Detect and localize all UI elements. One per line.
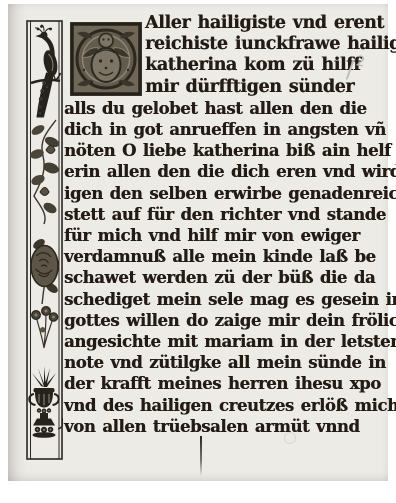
text-line: alls du gelobet hast allen den die xyxy=(64,98,388,119)
text-line: der krafft meines herren ihesu xpo xyxy=(64,373,388,394)
ink-flourish xyxy=(200,436,202,476)
text-line: für mich vnd hilf mir von ewiger xyxy=(64,225,388,246)
text-line: reichiste iunckfrawe hailige xyxy=(145,34,388,55)
stain-mark xyxy=(284,432,296,444)
text-line: gottes willen do zaige mir dein frölich xyxy=(64,310,388,331)
text-line: verdamnuß alle mein kinde laß be xyxy=(64,246,388,267)
rose-branch-icon xyxy=(29,120,61,224)
text-line: Aller hailigiste vnd erent xyxy=(145,13,388,34)
manuscript-page: Aller hailigiste vnd erentreichiste iunc… xyxy=(8,4,388,481)
text-block: Aller hailigiste vnd erentreichiste iunc… xyxy=(64,13,388,437)
text-line: vnd des hailigen creutzes erlöß mich xyxy=(64,395,388,416)
text-line: igen den selben erwirbe genadenreiche xyxy=(64,183,388,204)
flower-vase-icon xyxy=(29,366,63,438)
text-line: erin allen den die dich eren vnd wird xyxy=(64,161,388,182)
peacock-icon xyxy=(31,25,61,117)
text-line: note vnd zütilgke all mein sünde in xyxy=(64,352,388,373)
text-line: mir dürfftigen sünder xyxy=(145,77,388,98)
text-line: schediget mein sele mag es gesein in xyxy=(64,289,388,310)
illuminated-border xyxy=(26,20,63,460)
text-line: dich in got anrueffen in angsten vñ xyxy=(64,119,388,140)
text-line: von allen trüebsalen armüt vnnd xyxy=(64,416,388,437)
rose-icon xyxy=(31,237,60,304)
text-line: angesichte mit mariam in der letsten xyxy=(64,331,388,352)
carnation-icon xyxy=(32,307,58,348)
manuscript-photo: Aller hailigiste vnd erentreichiste iunc… xyxy=(0,0,396,503)
text-line: nöten O liebe katherina biß ain helf xyxy=(64,140,388,161)
text-line: schawet werden zü der büß die da xyxy=(64,267,388,288)
border-ornament xyxy=(26,20,63,460)
text-line: stett auf für den richter vnd stande xyxy=(64,204,388,225)
